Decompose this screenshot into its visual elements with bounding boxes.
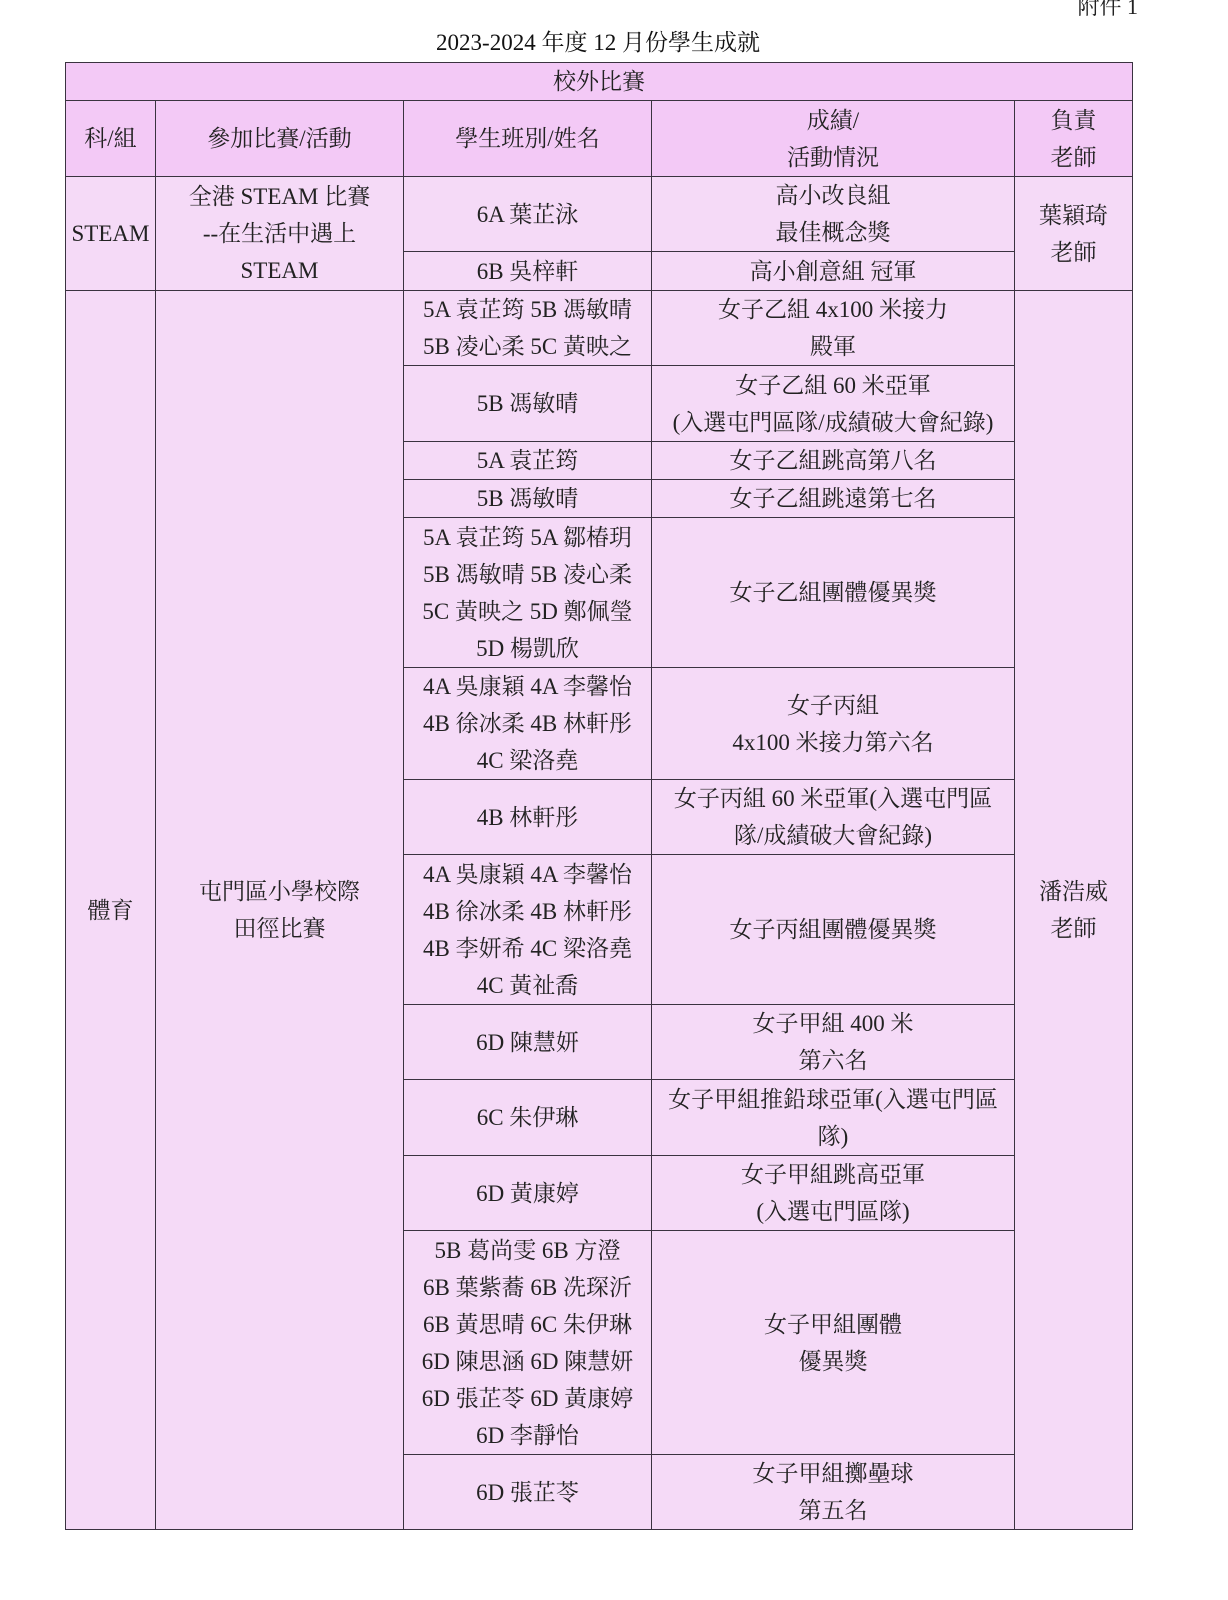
- header-students: 學生班別/姓名: [404, 101, 652, 177]
- students-cell: 6C 朱伊琳: [404, 1080, 652, 1156]
- student-line: 5A 袁芷筠 5B 馮敏晴: [404, 291, 651, 328]
- result-line: 隊/成績破大會紀錄): [652, 817, 1014, 854]
- header-teacher: 負責 老師: [1015, 101, 1133, 177]
- student-line: 4A 吳康穎 4A 李馨怡: [404, 668, 651, 705]
- students-cell: 5B 葛尚雯 6B 方澄6B 葉紫蕎 6B 冼琛沂6B 黃思晴 6C 朱伊琳6D…: [404, 1231, 652, 1455]
- result-cell: 女子甲組團體優異獎: [652, 1231, 1015, 1455]
- competition-cell: 屯門區小學校際田徑比賽: [156, 291, 404, 1530]
- result-line: 高小改良組: [652, 177, 1014, 214]
- result-line: 女子乙組團體優異獎: [652, 574, 1014, 611]
- result-line: 女子甲組推鉛球亞軍(入選屯門區: [652, 1081, 1014, 1118]
- header-result: 成績/ 活動情況: [652, 101, 1015, 177]
- student-line: 5A 袁芷筠 5A 鄒椿玥: [404, 519, 651, 556]
- student-line: 6D 陳慧妍: [404, 1024, 651, 1061]
- result-line: 高小創意組 冠軍: [652, 253, 1014, 290]
- table-row: STEAM全港 STEAM 比賽--在生活中遇上STEAM6A 葉芷泳高小改良組…: [66, 177, 1133, 252]
- competition-line: 全港 STEAM 比賽: [156, 178, 403, 215]
- result-line: 隊): [652, 1118, 1014, 1155]
- result-line: 女子丙組: [652, 687, 1014, 724]
- student-line: 5B 葛尚雯 6B 方澄: [404, 1232, 651, 1269]
- result-line: (入選屯門區隊/成績破大會紀錄): [652, 404, 1014, 441]
- student-line: 4C 黃祉喬: [404, 967, 651, 1004]
- result-cell: 女子乙組跳遠第七名: [652, 480, 1015, 518]
- result-line: 女子甲組擲壘球: [652, 1455, 1014, 1492]
- students-cell: 6B 吳梓軒: [404, 252, 652, 291]
- header-teacher-line-1: 負責: [1015, 102, 1132, 139]
- students-cell: 4A 吳康穎 4A 李馨怡4B 徐冰柔 4B 林軒彤4B 李妍希 4C 梁洛堯4…: [404, 855, 652, 1005]
- result-cell: 女子甲組跳高亞軍(入選屯門區隊): [652, 1156, 1015, 1231]
- competition-line: --在生活中遇上: [156, 215, 403, 252]
- result-line: 女子乙組跳遠第七名: [652, 480, 1014, 517]
- result-line: (入選屯門區隊): [652, 1193, 1014, 1230]
- student-line: 5B 馮敏晴 5B 凌心柔: [404, 556, 651, 593]
- result-line: 4x100 米接力第六名: [652, 724, 1014, 761]
- student-line: 4B 徐冰柔 4B 林軒彤: [404, 705, 651, 742]
- student-line: 6D 張芷苓 6D 黃康婷: [404, 1380, 651, 1417]
- competition-line: STEAM: [156, 252, 403, 289]
- students-cell: 5B 馮敏晴: [404, 366, 652, 442]
- competition-line: 田徑比賽: [156, 910, 403, 947]
- teacher-line: 葉穎琦: [1015, 197, 1132, 234]
- student-line: 4C 梁洛堯: [404, 742, 651, 779]
- result-cell: 女子乙組團體優異獎: [652, 518, 1015, 668]
- students-cell: 6A 葉芷泳: [404, 177, 652, 252]
- student-line: 6D 陳思涵 6D 陳慧妍: [404, 1343, 651, 1380]
- students-cell: 6D 張芷苓: [404, 1455, 652, 1530]
- teacher-line: 潘浩威: [1015, 873, 1132, 910]
- achievements-table: 校外比賽 科/組 參加比賽/活動 學生班別/姓名 成績/ 活動情況 負責 老師 …: [65, 62, 1133, 1530]
- result-cell: 高小創意組 冠軍: [652, 252, 1015, 291]
- result-cell: 女子甲組推鉛球亞軍(入選屯門區隊): [652, 1080, 1015, 1156]
- result-cell: 女子乙組跳高第八名: [652, 442, 1015, 480]
- subject-cell: 體育: [66, 291, 156, 1530]
- header-competition: 參加比賽/活動: [156, 101, 404, 177]
- student-line: 5D 楊凱欣: [404, 630, 651, 667]
- result-cell: 女子甲組 400 米第六名: [652, 1005, 1015, 1080]
- competition-line: 屯門區小學校際: [156, 873, 403, 910]
- result-cell: 女子乙組 4x100 米接力殿軍: [652, 291, 1015, 366]
- student-line: 5C 黃映之 5D 鄭佩瑩: [404, 593, 651, 630]
- attachment-label: 附件 1: [1077, 0, 1138, 21]
- result-line: 第五名: [652, 1492, 1014, 1529]
- students-cell: 4B 林軒彤: [404, 780, 652, 855]
- header-subject: 科/組: [66, 101, 156, 177]
- header-teacher-line-2: 老師: [1015, 139, 1132, 176]
- header-result-line-1: 成績/: [652, 102, 1014, 139]
- result-cell: 女子丙組團體優異獎: [652, 855, 1015, 1005]
- subject-cell: STEAM: [66, 177, 156, 291]
- result-line: 第六名: [652, 1042, 1014, 1079]
- result-line: 女子甲組 400 米: [652, 1005, 1014, 1042]
- result-line: 最佳概念獎: [652, 214, 1014, 251]
- student-line: 6D 張芷苓: [404, 1474, 651, 1511]
- page-title: 2023-2024 年度 12 月份學生成就: [0, 24, 1196, 57]
- student-line: 6D 黃康婷: [404, 1175, 651, 1212]
- student-line: 4B 林軒彤: [404, 799, 651, 836]
- result-line: 女子乙組 4x100 米接力: [652, 291, 1014, 328]
- student-line: 4B 李妍希 4C 梁洛堯: [404, 930, 651, 967]
- result-cell: 高小改良組最佳概念獎: [652, 177, 1015, 252]
- result-line: 女子甲組團體: [652, 1306, 1014, 1343]
- student-line: 6B 吳梓軒: [404, 253, 651, 290]
- students-cell: 4A 吳康穎 4A 李馨怡4B 徐冰柔 4B 林軒彤4C 梁洛堯: [404, 668, 652, 780]
- student-line: 6C 朱伊琳: [404, 1099, 651, 1136]
- students-cell: 5A 袁芷筠 5B 馮敏晴5B 凌心柔 5C 黃映之: [404, 291, 652, 366]
- result-cell: 女子乙組 60 米亞軍(入選屯門區隊/成績破大會紀錄): [652, 366, 1015, 442]
- student-line: 4A 吳康穎 4A 李馨怡: [404, 856, 651, 893]
- students-cell: 6D 陳慧妍: [404, 1005, 652, 1080]
- header-result-line-2: 活動情況: [652, 139, 1014, 176]
- student-line: 6B 葉紫蕎 6B 冼琛沂: [404, 1269, 651, 1306]
- section-title-row: 校外比賽: [66, 63, 1133, 101]
- result-line: 優異獎: [652, 1343, 1014, 1380]
- table-row: 體育屯門區小學校際田徑比賽5A 袁芷筠 5B 馮敏晴5B 凌心柔 5C 黃映之女…: [66, 291, 1133, 366]
- result-cell: 女子丙組4x100 米接力第六名: [652, 668, 1015, 780]
- student-line: 6D 李靜怡: [404, 1417, 651, 1454]
- result-line: 女子丙組團體優異獎: [652, 911, 1014, 948]
- result-line: 女子乙組跳高第八名: [652, 442, 1014, 479]
- column-header-row: 科/組 參加比賽/活動 學生班別/姓名 成績/ 活動情況 負責 老師: [66, 101, 1133, 177]
- section-title: 校外比賽: [66, 63, 1133, 101]
- student-line: 6A 葉芷泳: [404, 196, 651, 233]
- result-cell: 女子丙組 60 米亞軍(入選屯門區隊/成績破大會紀錄): [652, 780, 1015, 855]
- student-line: 5B 馮敏晴: [404, 385, 651, 422]
- result-line: 女子丙組 60 米亞軍(入選屯門區: [652, 780, 1014, 817]
- students-cell: 5A 袁芷筠: [404, 442, 652, 480]
- result-cell: 女子甲組擲壘球第五名: [652, 1455, 1015, 1530]
- student-line: 5B 凌心柔 5C 黃映之: [404, 328, 651, 365]
- teacher-cell: 葉穎琦老師: [1015, 177, 1133, 291]
- result-line: 女子乙組 60 米亞軍: [652, 367, 1014, 404]
- teacher-cell: 潘浩威老師: [1015, 291, 1133, 1530]
- students-cell: 5A 袁芷筠 5A 鄒椿玥5B 馮敏晴 5B 凌心柔5C 黃映之 5D 鄭佩瑩5…: [404, 518, 652, 668]
- student-line: 4B 徐冰柔 4B 林軒彤: [404, 893, 651, 930]
- result-line: 女子甲組跳高亞軍: [652, 1156, 1014, 1193]
- teacher-line: 老師: [1015, 910, 1132, 947]
- teacher-line: 老師: [1015, 234, 1132, 271]
- students-cell: 6D 黃康婷: [404, 1156, 652, 1231]
- student-line: 5A 袁芷筠: [404, 442, 651, 479]
- students-cell: 5B 馮敏晴: [404, 480, 652, 518]
- student-line: 6B 黃思晴 6C 朱伊琳: [404, 1306, 651, 1343]
- competition-cell: 全港 STEAM 比賽--在生活中遇上STEAM: [156, 177, 404, 291]
- result-line: 殿軍: [652, 328, 1014, 365]
- student-line: 5B 馮敏晴: [404, 480, 651, 517]
